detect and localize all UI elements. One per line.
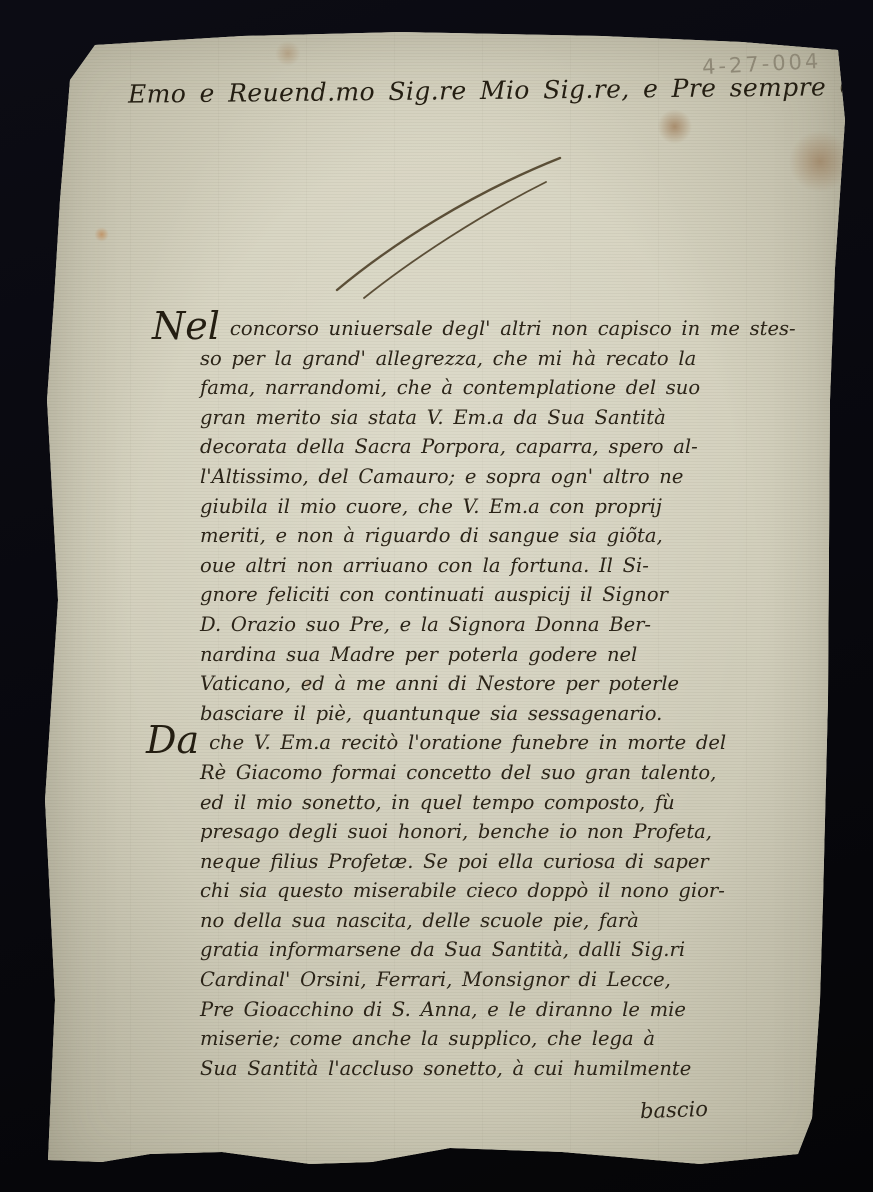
manuscript-line: chi sia questo miserabile cieco doppò il… — [200, 876, 817, 906]
drop-cap-initial: Da — [146, 718, 199, 762]
manuscript-line: oue altri non arriuano con la fortuna. I… — [200, 551, 817, 581]
manuscript-line: gnore feliciti con continuati auspicij i… — [200, 580, 817, 610]
manuscript-line: no della sua nascita, delle scuole pie, … — [200, 906, 817, 936]
manuscript-line: Dache V. Em.a recitò l'oratione funebre … — [146, 728, 817, 758]
manuscript-line: Sua Santità l'accluso sonetto, à cui hum… — [200, 1054, 817, 1084]
manuscript-line: l'Altissimo, del Camauro; e sopra ogn' a… — [200, 462, 817, 492]
manuscript-line: ed il mio sonetto, in quel tempo compost… — [200, 788, 817, 818]
manuscript-line-text: che V. Em.a recitò l'oratione funebre in… — [209, 731, 726, 754]
salutation-line: Emo e Reuend.mo Sig.re Mio Sig.re, e Pre… — [128, 72, 828, 108]
manuscript-line: Cardinal' Orsini, Ferrari, Monsignor di … — [200, 965, 817, 995]
manuscript-line: D. Orazio suo Pre, e la Signora Donna Be… — [200, 610, 817, 640]
manuscript-line: gratia informarsene da Sua Santità, dall… — [200, 935, 817, 965]
manuscript-line: gran merito sia stata V. Em.a da Sua San… — [200, 403, 817, 433]
manuscript-line: Nelconcorso uniuersale degl' altri non c… — [152, 314, 817, 344]
manuscript-line: so per la grand' allegrezza, che mi hà r… — [200, 344, 817, 374]
paragraph-1-lines: so per la grand' allegrezza, che mi hà r… — [152, 344, 817, 729]
manuscript-line: Rè Giacomo formai concetto del suo gran … — [200, 758, 817, 788]
photo-background: 4-27-004 Emo e Reuend.mo Sig.re Mio Sig.… — [0, 0, 873, 1192]
drop-cap-initial: Nel — [152, 304, 220, 348]
ink-flourish-strokes — [322, 138, 572, 303]
manuscript-line: neque filius Profetæ. Se poi ella curios… — [200, 847, 817, 877]
letter-body: Nelconcorso uniuersale degl' altri non c… — [152, 314, 817, 1083]
manuscript-line: giubila il mio cuore, che V. Em.a con pr… — [200, 492, 817, 522]
manuscript-line: miserie; come anche la supplico, che leg… — [200, 1024, 817, 1054]
manuscript-line: basciare il piè, quantunque sia sessagen… — [200, 699, 817, 729]
paragraph-2: Dache V. Em.a recitò l'oratione funebre … — [152, 728, 817, 1083]
paragraph-1: Nelconcorso uniuersale degl' altri non c… — [152, 314, 817, 728]
manuscript-line: fama, narrandomi, che à contemplatione d… — [200, 373, 817, 403]
manuscript-line: presago degli suoi honori, benche io non… — [200, 817, 817, 847]
manuscript-line-text: concorso uniuersale degl' altri non capi… — [230, 317, 796, 340]
manuscript-line: Pre Gioacchino di S. Anna, e le diranno … — [200, 995, 817, 1025]
manuscript-line: Vaticano, ed à me anni di Nestore per po… — [200, 669, 817, 699]
paragraph-2-lines: Rè Giacomo formai concetto del suo gran … — [152, 758, 817, 1084]
manuscript-page: 4-27-004 Emo e Reuend.mo Sig.re Mio Sig.… — [42, 28, 848, 1188]
ink-flourish-stroke — [364, 182, 546, 298]
manuscript-line: decorata della Sacra Porpora, caparra, s… — [200, 432, 817, 462]
manuscript-line: nardina sua Madre per poterla godere nel — [200, 640, 817, 670]
manuscript-line: meriti, e non à riguardo di sangue sia g… — [200, 521, 817, 551]
catchword: bascio — [640, 1097, 709, 1123]
ink-flourish-stroke — [337, 158, 560, 290]
